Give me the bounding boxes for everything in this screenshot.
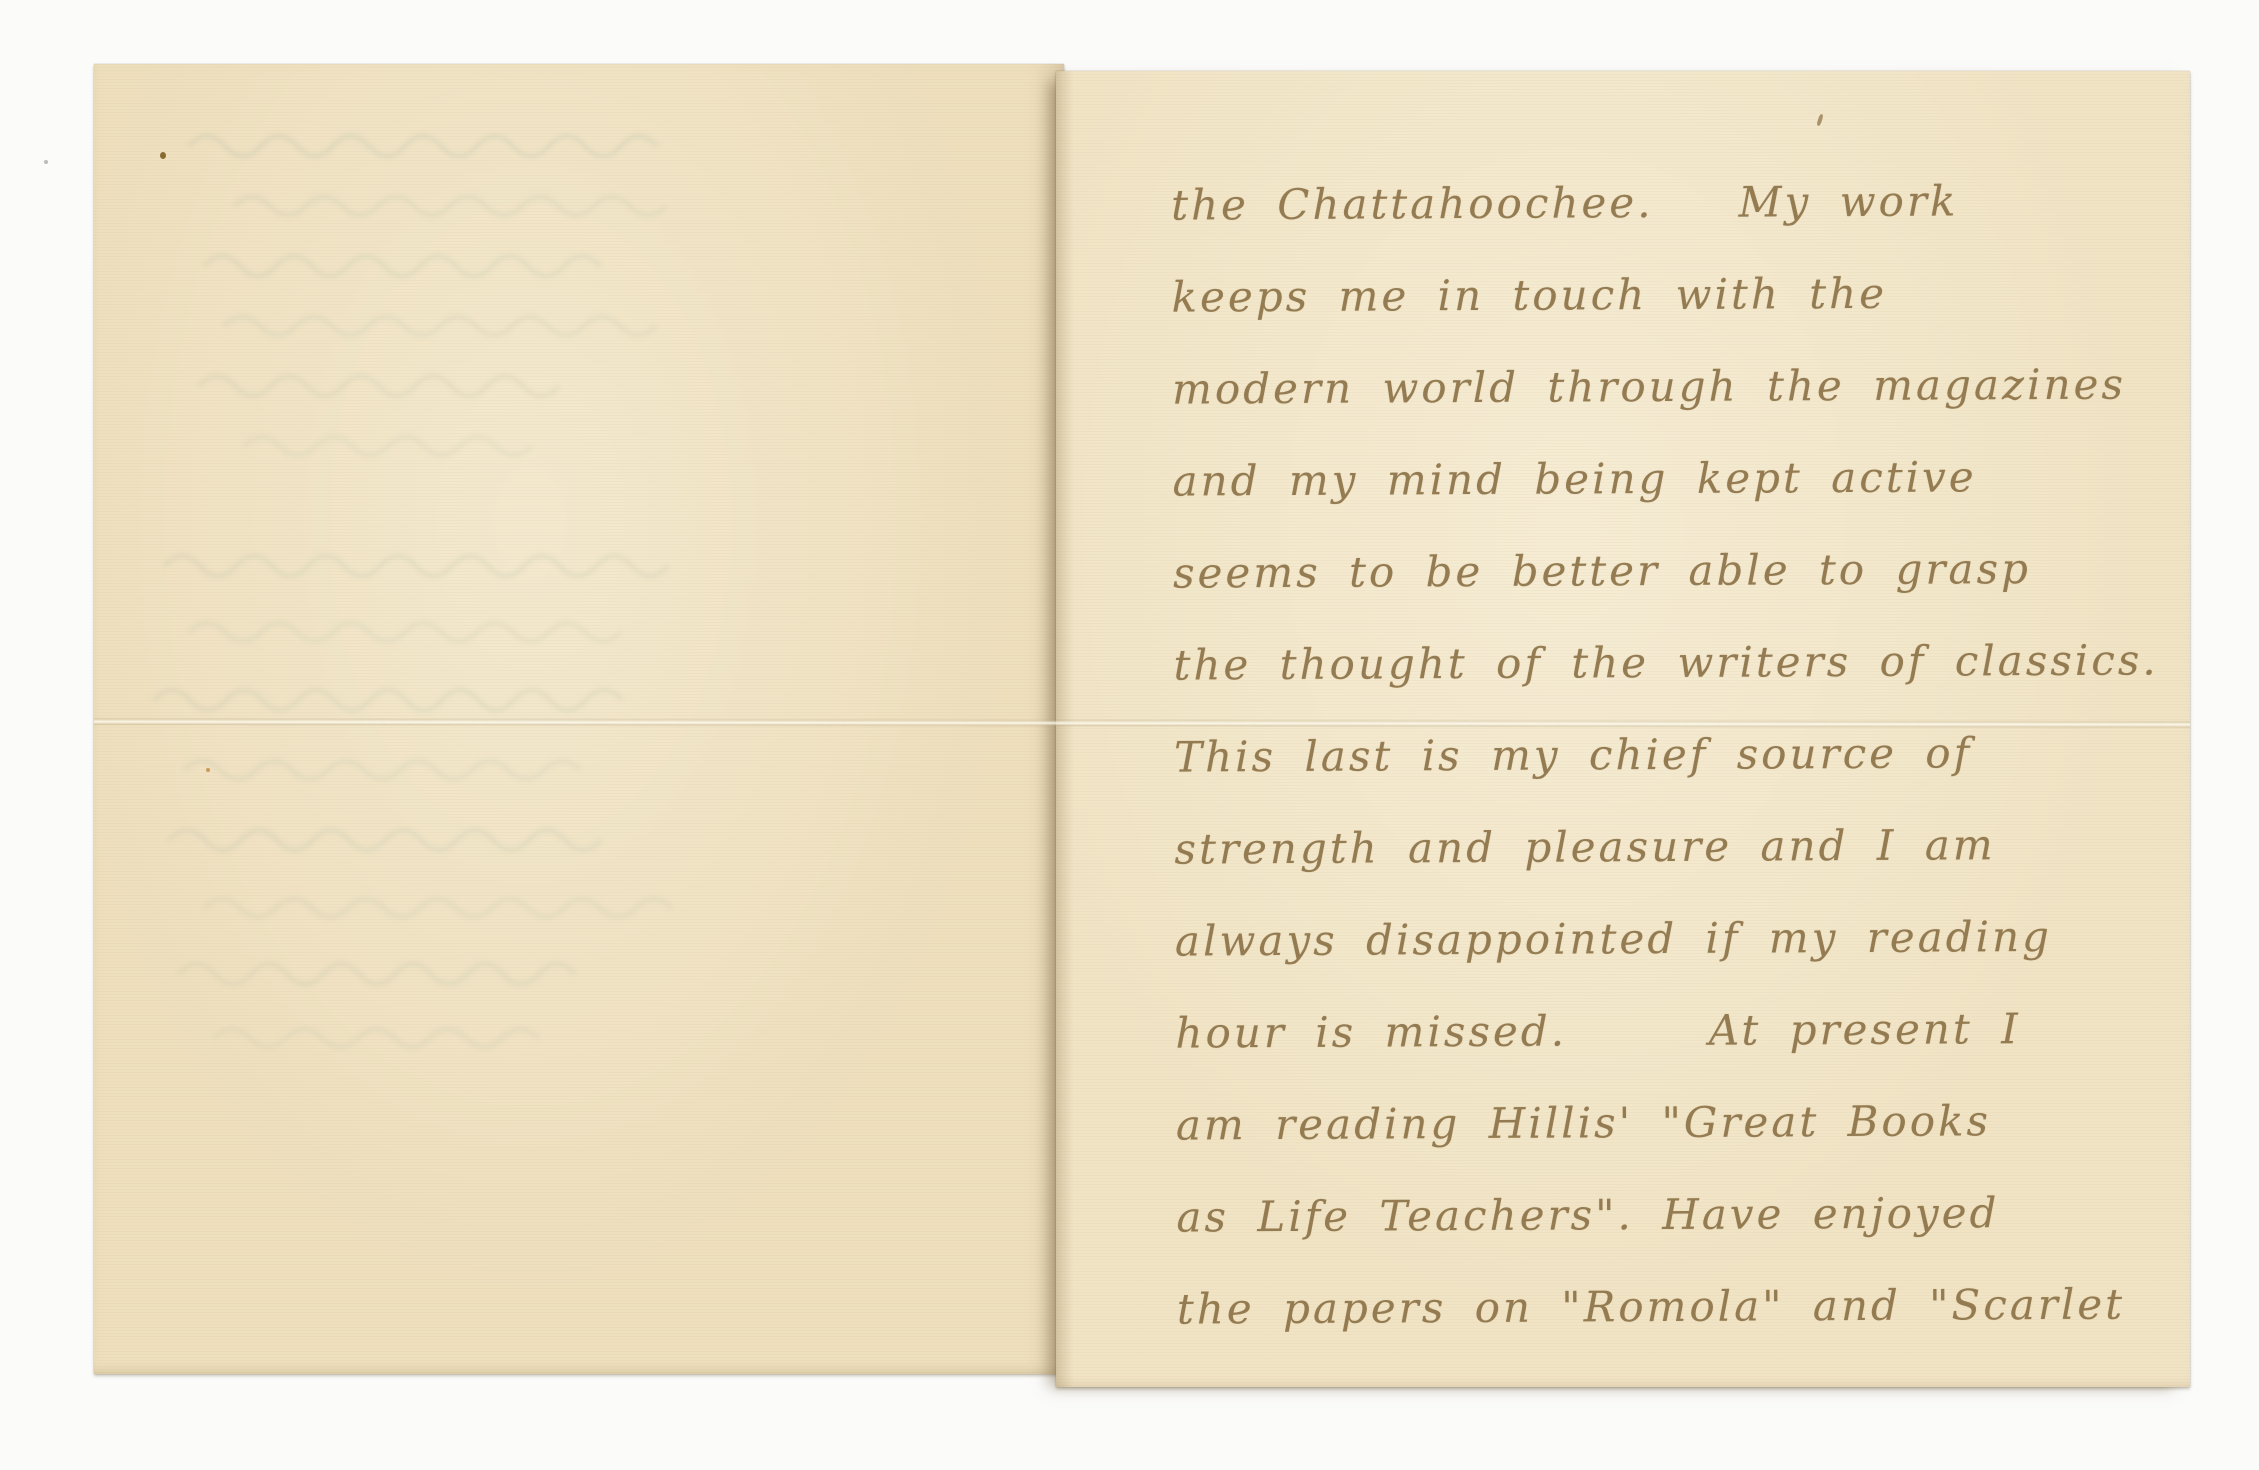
bleed-through-mark xyxy=(214,1029,538,1047)
handwriting-line: strength and pleasure and I am xyxy=(1174,798,2156,895)
paper-speck xyxy=(160,152,166,159)
scan-dust-speck xyxy=(44,160,48,164)
bleed-through-mark xyxy=(189,136,657,156)
bleed-through-mark xyxy=(234,197,666,215)
handwriting-line: seems to be better able to grasp xyxy=(1173,522,2155,619)
bleed-through-mark xyxy=(204,899,672,917)
bleed-through-mark xyxy=(204,256,600,276)
handwriting-line: always disappointed if my reading xyxy=(1175,890,2157,987)
handwriting-line: the Chattahoochee. My work xyxy=(1171,154,2153,251)
bleed-through-mark xyxy=(199,376,559,396)
handwriting-block: the Chattahoochee. My work keeps me in t… xyxy=(1171,154,2159,1355)
handwriting-line: the papers on "Romola" and "Scarlet xyxy=(1177,1258,2159,1355)
handwriting-line: the thought of the writers of classics. xyxy=(1173,614,2155,711)
bleed-through-mark xyxy=(164,556,668,576)
bleed-through-mark xyxy=(179,964,575,984)
paper-speck xyxy=(206,768,210,772)
bleed-through-mark xyxy=(244,437,532,455)
bleed-through-mark xyxy=(224,317,656,335)
bleed-through-mark xyxy=(184,761,580,779)
right-page: the Chattahoochee. My work keeps me in t… xyxy=(1056,71,2190,1387)
handwriting-line: keeps me in touch with the xyxy=(1171,246,2153,343)
bleed-through-mark xyxy=(154,690,622,710)
handwriting-line: am reading Hillis' "Great Books xyxy=(1176,1074,2158,1171)
bleed-through-mark xyxy=(189,623,621,641)
handwriting-line: modern world through the magazines xyxy=(1172,338,2154,435)
letter-scan: the Chattahoochee. My work keeps me in t… xyxy=(0,0,2259,1470)
handwriting-line: and my mind being kept active xyxy=(1172,430,2154,527)
handwriting-line: hour is missed. At present I xyxy=(1175,982,2157,1079)
handwriting-line: as Life Teachers". Have enjoyed xyxy=(1176,1166,2158,1263)
bleed-through-mark xyxy=(169,830,601,850)
